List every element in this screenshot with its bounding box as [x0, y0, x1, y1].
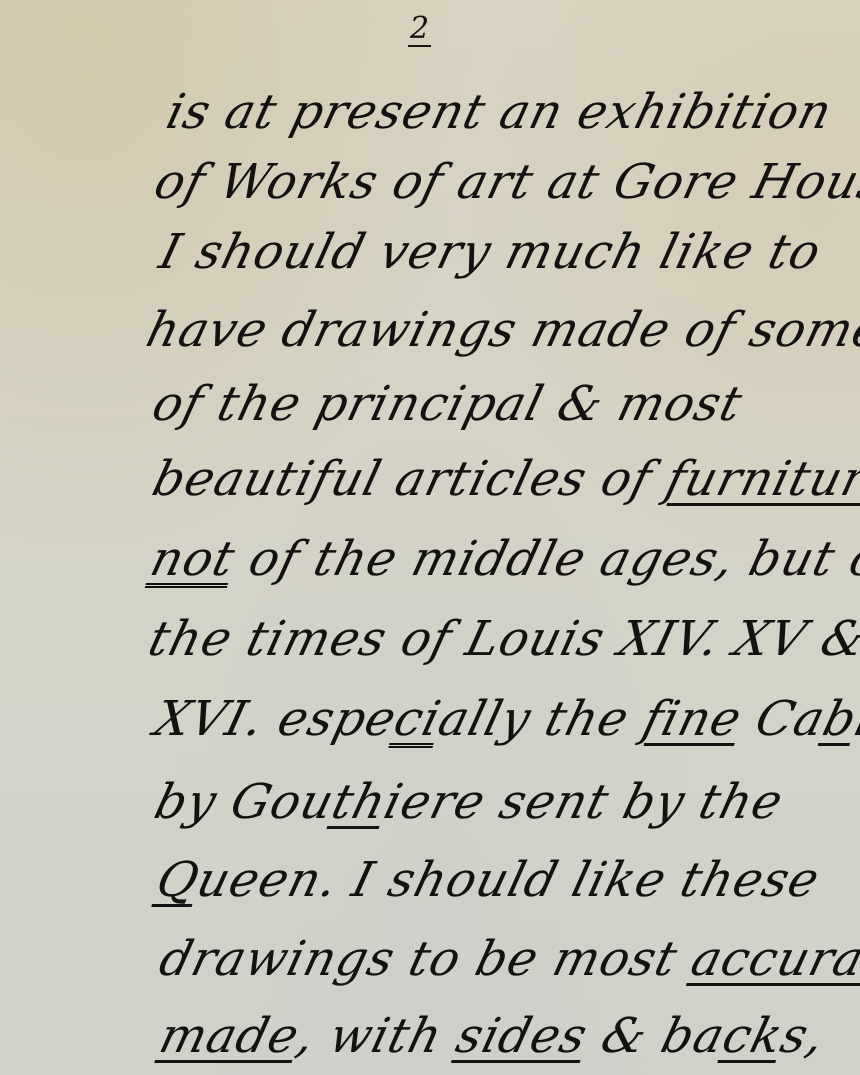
- underlined-word-accurately: accurately: [686, 931, 860, 987]
- underlined-word-fine: fine: [637, 691, 747, 747]
- text-segment: iere sent by the: [378, 774, 789, 830]
- text-line-8: the times of Louis XIV. XV &: [144, 615, 860, 663]
- text-segment: ally the: [433, 691, 652, 747]
- text-line-10: by Gouthiere sent by the: [150, 778, 788, 826]
- text-line-6: beautiful articles of furniture: [148, 455, 860, 503]
- text-segment: XVI. espe: [149, 691, 402, 747]
- underlined-word-sides: sides: [451, 1008, 594, 1064]
- text-segment: & ba: [579, 1008, 731, 1064]
- text-segment: drawings to be most: [154, 931, 700, 987]
- text-line-12: drawings to be most accurately: [155, 935, 860, 983]
- underlined-word-furniture: furniture: [660, 451, 860, 507]
- text-line-13: made, with sides & backs,: [155, 1012, 830, 1060]
- text-line-9: XVI. especially the fine Cabinet: [150, 695, 860, 743]
- text-segment: ueen. I should like these: [191, 852, 825, 908]
- text-line-4: have drawings made of some: [142, 306, 860, 354]
- text-segment: of the middle ages, but of: [227, 531, 860, 587]
- text-segment: Ca: [734, 691, 832, 747]
- underlined-word-not: not: [145, 531, 241, 587]
- text-segment: beautiful articles of: [147, 451, 674, 507]
- letter-page: 2 is at present an exhibition of Works o…: [0, 0, 860, 1075]
- text-line-3: I should very much like to: [155, 228, 826, 276]
- text-line-5: of the principal & most: [148, 380, 747, 428]
- page-number: 2: [408, 14, 431, 47]
- text-line-11: Queen. I should like these: [152, 856, 824, 904]
- underlined-word-made: made: [154, 1008, 305, 1064]
- text-line-1: is at present an exhibition: [162, 88, 837, 136]
- text-segment: by Gou: [149, 774, 340, 830]
- text-line-2: of Works of art at Gore House.: [150, 158, 860, 206]
- text-line-7: not of the middle ages, but of: [146, 535, 860, 583]
- text-segment: , with: [291, 1008, 464, 1064]
